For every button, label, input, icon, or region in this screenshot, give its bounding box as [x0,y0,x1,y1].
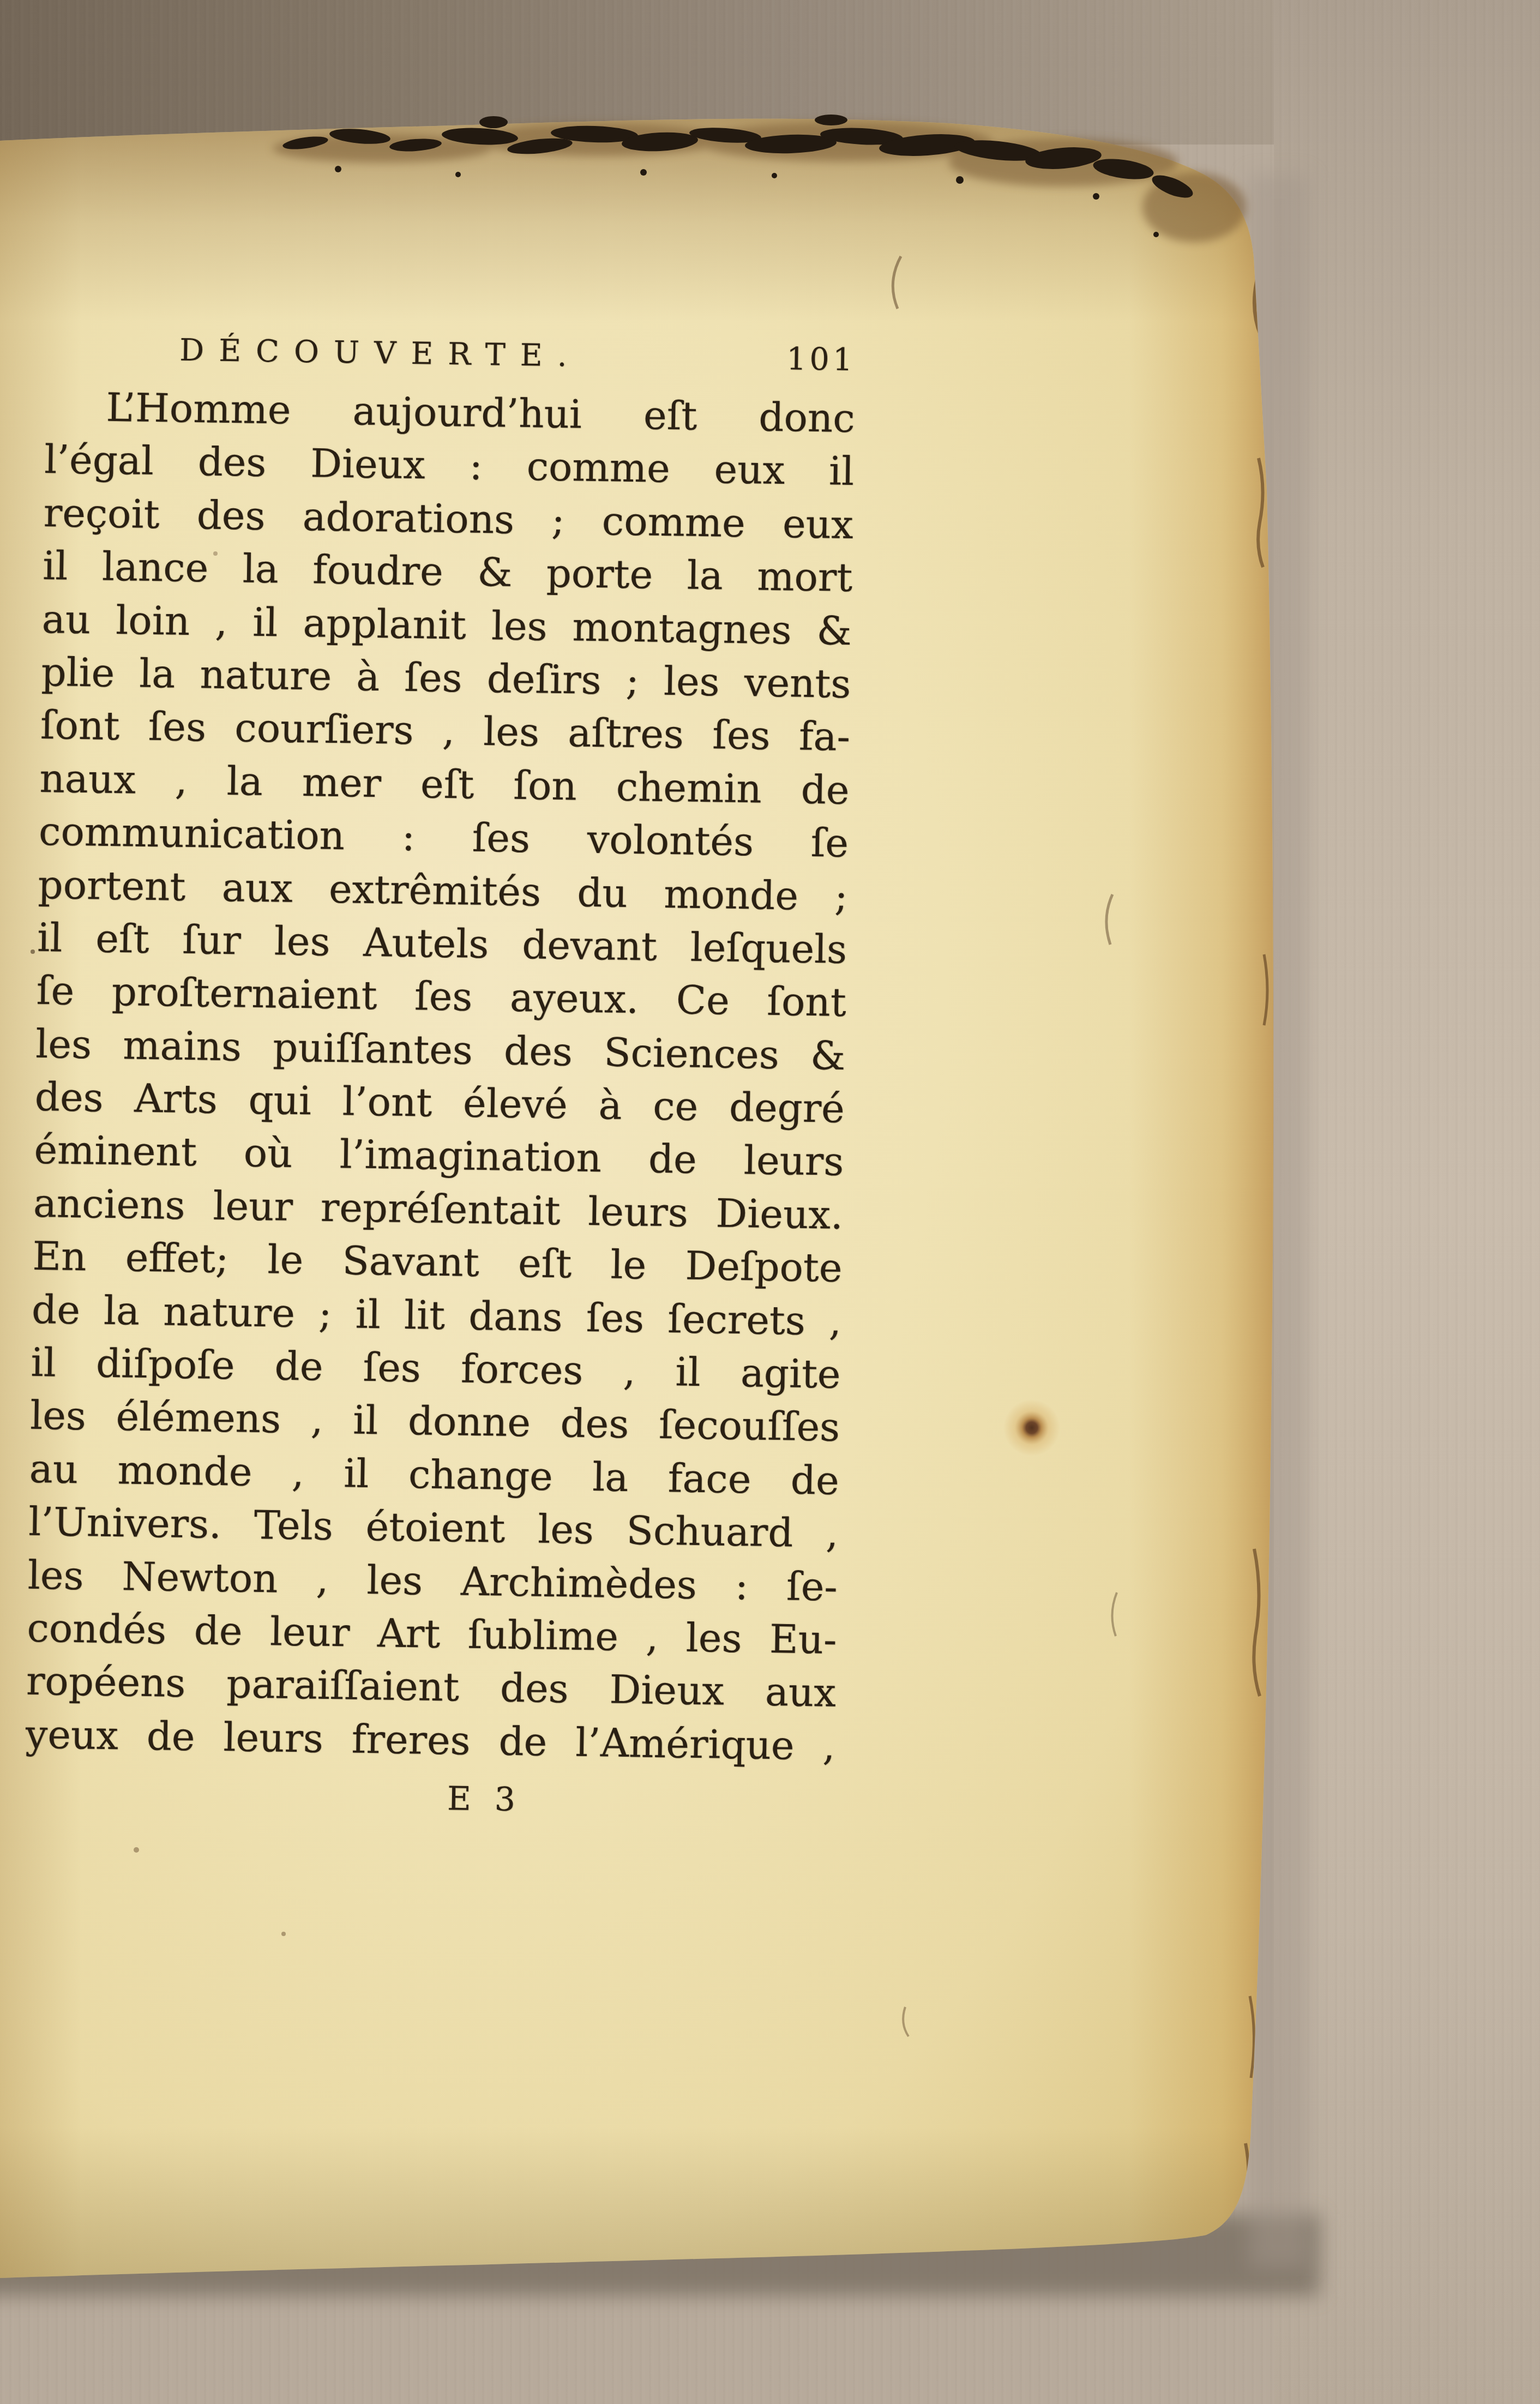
text-block: DÉCOUVERTE. 101 L’Homme aujourd’hui eſt … [24,323,856,1830]
running-title: DÉCOUVERTE. [179,326,582,381]
foxing-spot [1003,1399,1060,1456]
body-text: L’Homme aujourd’hui eſt doncl’égal des D… [25,380,855,1773]
gathering-signature: E 3 [447,1780,522,1819]
page-number: 101 [786,334,856,384]
scanned-book-photo: { "document": { "header": { "title": "DÉ… [0,0,1540,2404]
